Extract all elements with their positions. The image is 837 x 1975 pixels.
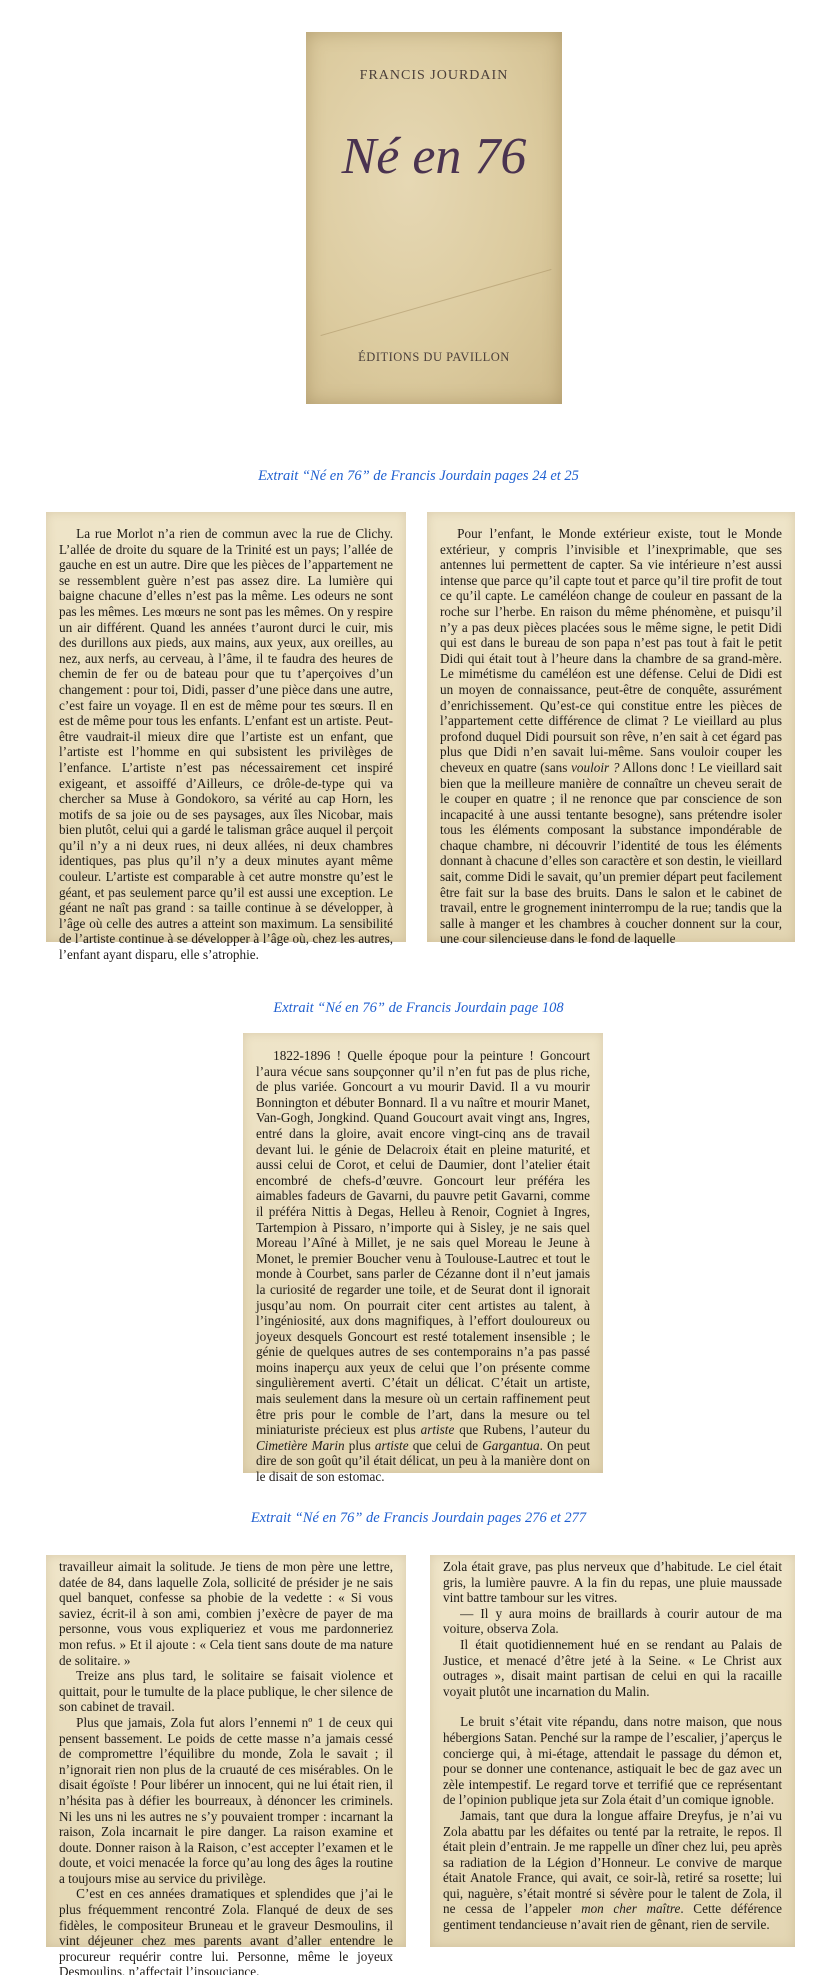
paragraph: Treize ans plus tard, le solitaire se fa… bbox=[59, 1668, 393, 1715]
paragraph: La rue Morlot n’a rien de commun avec la… bbox=[59, 526, 393, 963]
paragraph: Jamais, tant que dura la longue affaire … bbox=[443, 1808, 782, 1933]
paragraph: Le bruit s’était vite répandu, dans notr… bbox=[443, 1714, 782, 1808]
paragraph: Pour l’enfant, le Monde extérieur existe… bbox=[440, 526, 782, 947]
excerpt-page-276: travailleur aimait la solitude. Je tiens… bbox=[46, 1555, 406, 1947]
cover-crease bbox=[321, 269, 552, 336]
cover-author: FRANCIS JOURDAIN bbox=[306, 68, 562, 84]
excerpt-page-25: Pour l’enfant, le Monde extérieur existe… bbox=[427, 512, 795, 942]
paragraph: C’est en ces années dramatiques et splen… bbox=[59, 1886, 393, 1975]
excerpt-page-24: La rue Morlot n’a rien de commun avec la… bbox=[46, 512, 406, 942]
excerpt-page-277: Zola était grave, pas plus nerveux que d… bbox=[430, 1555, 795, 1947]
paragraph: Zola était grave, pas plus nerveux que d… bbox=[443, 1559, 782, 1606]
excerpt-caption-pages-24-25: Extrait “Né en 76” de Francis Jourdain p… bbox=[0, 468, 837, 485]
paragraph: Il était quotidiennement hué en se renda… bbox=[443, 1637, 782, 1699]
paragraph: — Il y aura moins de braillards à courir… bbox=[443, 1606, 782, 1637]
excerpt-caption-pages-276-277: Extrait “Né en 76” de Francis Jourdain p… bbox=[0, 1510, 837, 1527]
cover-title: Né en 76 bbox=[306, 127, 562, 186]
paragraph: 1822-1896 ! Quelle époque pour la peintu… bbox=[256, 1048, 590, 1485]
excerpt-caption-page-108: Extrait “Né en 76” de Francis Jourdain p… bbox=[0, 1000, 837, 1017]
book-cover: FRANCIS JOURDAIN Né en 76 ÉDITIONS DU PA… bbox=[306, 32, 562, 404]
paragraph: travailleur aimait la solitude. Je tiens… bbox=[59, 1559, 393, 1668]
excerpt-page-108: 1822-1896 ! Quelle époque pour la peintu… bbox=[243, 1033, 603, 1473]
cover-publisher: ÉDITIONS DU PAVILLON bbox=[306, 350, 562, 365]
paragraph: Plus que jamais, Zola fut alors l’ennemi… bbox=[59, 1715, 393, 1887]
